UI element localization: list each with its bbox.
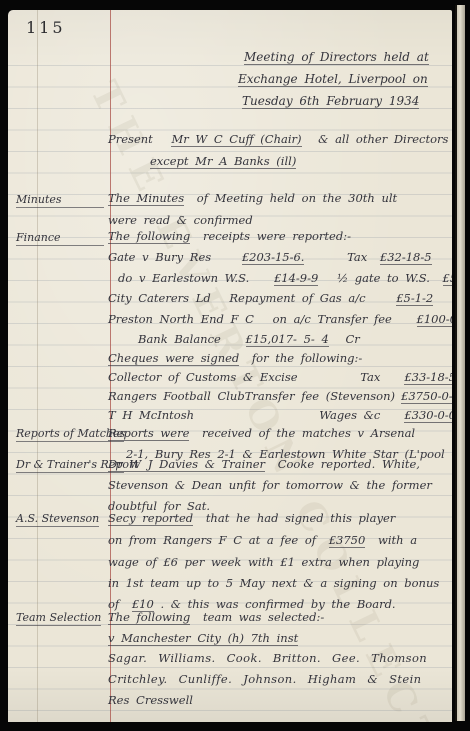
- payment-purpose: Wages &c: [319, 408, 380, 422]
- amount: £3750: [329, 533, 366, 548]
- entry-text: with a: [378, 533, 417, 547]
- cheque-rangers: Rangers Football Club Transfer fee (Stev…: [108, 389, 452, 404]
- facing-page-edge: [455, 5, 465, 721]
- fixture-text: v Manchester City (h) 7th inst: [108, 631, 298, 646]
- entry-text: Cooke reported. White,: [278, 457, 420, 471]
- amount: £14-9-9: [274, 271, 318, 286]
- bank-balance-label: Bank Balance: [138, 332, 221, 346]
- chairman-name: Mr W C Cuff (Chair): [171, 132, 301, 147]
- present-word: Present: [108, 132, 153, 146]
- amount: £3750-0-0: [401, 389, 452, 404]
- tax-label: Tax: [347, 250, 367, 264]
- heading-line-2: Exchange Hotel, Liverpool on: [238, 72, 452, 86]
- amount: £5-1-2: [396, 291, 433, 306]
- entry-text: Stevenson & Dean unfit for tomorrow & th…: [108, 478, 432, 492]
- heading-text: Tuesday 6th February 1934: [242, 94, 419, 109]
- margin-label-stevenson: A.S. Stevenson: [16, 512, 99, 527]
- player-names: Critchley. Cunliffe. Johnson. Higham & S…: [108, 672, 421, 686]
- entry-text: wage of £6 per week with £1 extra when p…: [108, 555, 419, 569]
- amount: £5-14-0: [443, 271, 452, 286]
- amount: £15,017- 5- 4: [246, 332, 329, 347]
- entry-text: of: [108, 597, 119, 611]
- margin-label-finance: Finance: [16, 231, 104, 246]
- team-line-1: The following team was selected:-: [108, 610, 452, 624]
- entry-text: that he had signed this player: [206, 511, 395, 525]
- underlined-text: Reports were: [108, 426, 189, 441]
- team-names-line-1: Sagar. Williams. Cook. Britton. Gee. Tho…: [108, 651, 452, 665]
- minutes-line-1: The Minutes of Meeting held on the 30th …: [108, 191, 452, 205]
- reserve-line: Res Cresswell: [108, 693, 452, 707]
- absent-director: except Mr A Banks (ill): [150, 154, 296, 169]
- amount: £32-18-5: [380, 250, 432, 265]
- entry-text: of Meeting held on the 30th ult: [197, 191, 397, 205]
- heading-line-1: Meeting of Directors held at: [244, 50, 452, 64]
- trainer-line-2: Stevenson & Dean unfit for tomorrow & th…: [108, 478, 452, 492]
- receipt-gate: Gate v Bury Res £203-15-6. Tax £32-18-5: [108, 250, 452, 264]
- underlined-text: Dr W J Davies & Trainer: [108, 457, 265, 472]
- present-rest: & all other Directors: [318, 132, 448, 146]
- receipt-preston: Preston North End F C on a/c Transfer fe…: [108, 312, 452, 326]
- receipt-detail: Repayment of Gas a/c: [229, 291, 365, 305]
- entry-text: on from Rangers F C at a fee of: [108, 533, 316, 547]
- player-names: Sagar. Williams. Cook. Britton. Gee. Tho…: [108, 651, 427, 665]
- underlined-text: The following: [108, 229, 190, 244]
- entry-text: received of the matches v Arsenal: [202, 426, 415, 440]
- present-line: Present Mr W C Cuff (Chair) & all other …: [108, 132, 452, 146]
- payee: T H McIntosh: [108, 408, 194, 422]
- finance-intro: The following receipts were reported:-: [108, 229, 452, 243]
- heading-text: Meeting of Directors held at: [244, 50, 429, 65]
- credit-mark: Cr: [345, 332, 359, 346]
- minutes-line-2: were read & confirmed: [108, 213, 452, 227]
- reserve-player: Res Cresswell: [108, 693, 193, 707]
- payee: Collector of Customs & Excise: [108, 370, 298, 384]
- amount: £203-15-6.: [242, 250, 305, 265]
- payment-purpose: Tax: [360, 370, 380, 384]
- bank-balance-line: Bank Balance £15,017- 5- 4 Cr: [138, 332, 452, 346]
- entry-text: in 1st team up to 5 May next & a signing…: [108, 576, 439, 590]
- cheques-intro: Cheques were signed for the following:-: [108, 351, 452, 365]
- receipt-desc: City Caterers Ld: [108, 291, 211, 305]
- heading-line-3: Tuesday 6th February 1934: [242, 94, 452, 108]
- cheque-mcintosh: T H McIntosh Wages &c £330-0-0: [108, 408, 452, 423]
- amount: £330-0-0: [404, 408, 452, 423]
- receipt-desc: Preston North End F C: [108, 312, 254, 326]
- scan-frame: THE EVERTON COLLECTION 115 Meeting of Di…: [0, 0, 470, 731]
- stevenson-line-3: wage of £6 per week with £1 extra when p…: [108, 555, 452, 569]
- underlined-text: The following: [108, 610, 190, 625]
- entry-text: for the following:-: [252, 351, 362, 365]
- receipt-earlestown: do v Earlestown W.S. £14-9-9 ½ gate to W…: [118, 271, 452, 285]
- absent-line: except Mr A Banks (ill): [150, 154, 452, 168]
- receipt-desc: Gate v Bury Res: [108, 250, 211, 264]
- fixture-line: v Manchester City (h) 7th inst: [108, 631, 452, 645]
- heading-text: Exchange Hotel, Liverpool on: [238, 72, 428, 87]
- amount: £33-18-5: [404, 370, 452, 385]
- underlined-text: The Minutes: [108, 191, 184, 206]
- payment-purpose: Transfer fee (Stevenson): [245, 389, 395, 403]
- entry-text: team was selected:-: [203, 610, 324, 624]
- underlined-text: Cheques were signed: [108, 351, 239, 366]
- stevenson-line-5: of £10 . & this was confirmed by the Boa…: [108, 597, 452, 611]
- receipt-detail: on a/c Transfer fee: [273, 312, 392, 326]
- matches-line-1: Reports were received of the matches v A…: [108, 426, 452, 440]
- stevenson-line-4: in 1st team up to 5 May next & a signing…: [108, 576, 452, 590]
- entry-text: receipts were reported:-: [203, 229, 351, 243]
- entry-text: . & this was confirmed by the Board.: [160, 597, 395, 611]
- margin-label-team-selection: Team Selection: [16, 611, 101, 626]
- receipt-desc: do v Earlestown W.S.: [118, 271, 249, 285]
- minute-book-page: THE EVERTON COLLECTION 115 Meeting of Di…: [8, 10, 452, 722]
- stevenson-line-1: Secy reported that he had signed this pl…: [108, 511, 452, 525]
- half-gate-label: ½ gate to W.S.: [337, 271, 430, 285]
- team-names-line-2: Critchley. Cunliffe. Johnson. Higham & S…: [108, 672, 452, 686]
- entry-text: were read & confirmed: [108, 213, 253, 227]
- stevenson-line-2: on from Rangers F C at a fee of £3750 wi…: [108, 533, 452, 547]
- receipt-caterers: City Caterers Ld Repayment of Gas a/c £5…: [108, 291, 452, 305]
- amount: £100-0-0: [417, 312, 452, 327]
- margin-label-minutes: Minutes: [16, 193, 104, 208]
- page-number: 115: [26, 18, 66, 37]
- trainer-line-1: Dr W J Davies & Trainer Cooke reported. …: [108, 457, 452, 471]
- cheque-customs: Collector of Customs & Excise Tax £33-18…: [108, 370, 452, 385]
- underlined-text: Secy reported: [108, 511, 193, 526]
- payee: Rangers Football Club: [108, 389, 245, 403]
